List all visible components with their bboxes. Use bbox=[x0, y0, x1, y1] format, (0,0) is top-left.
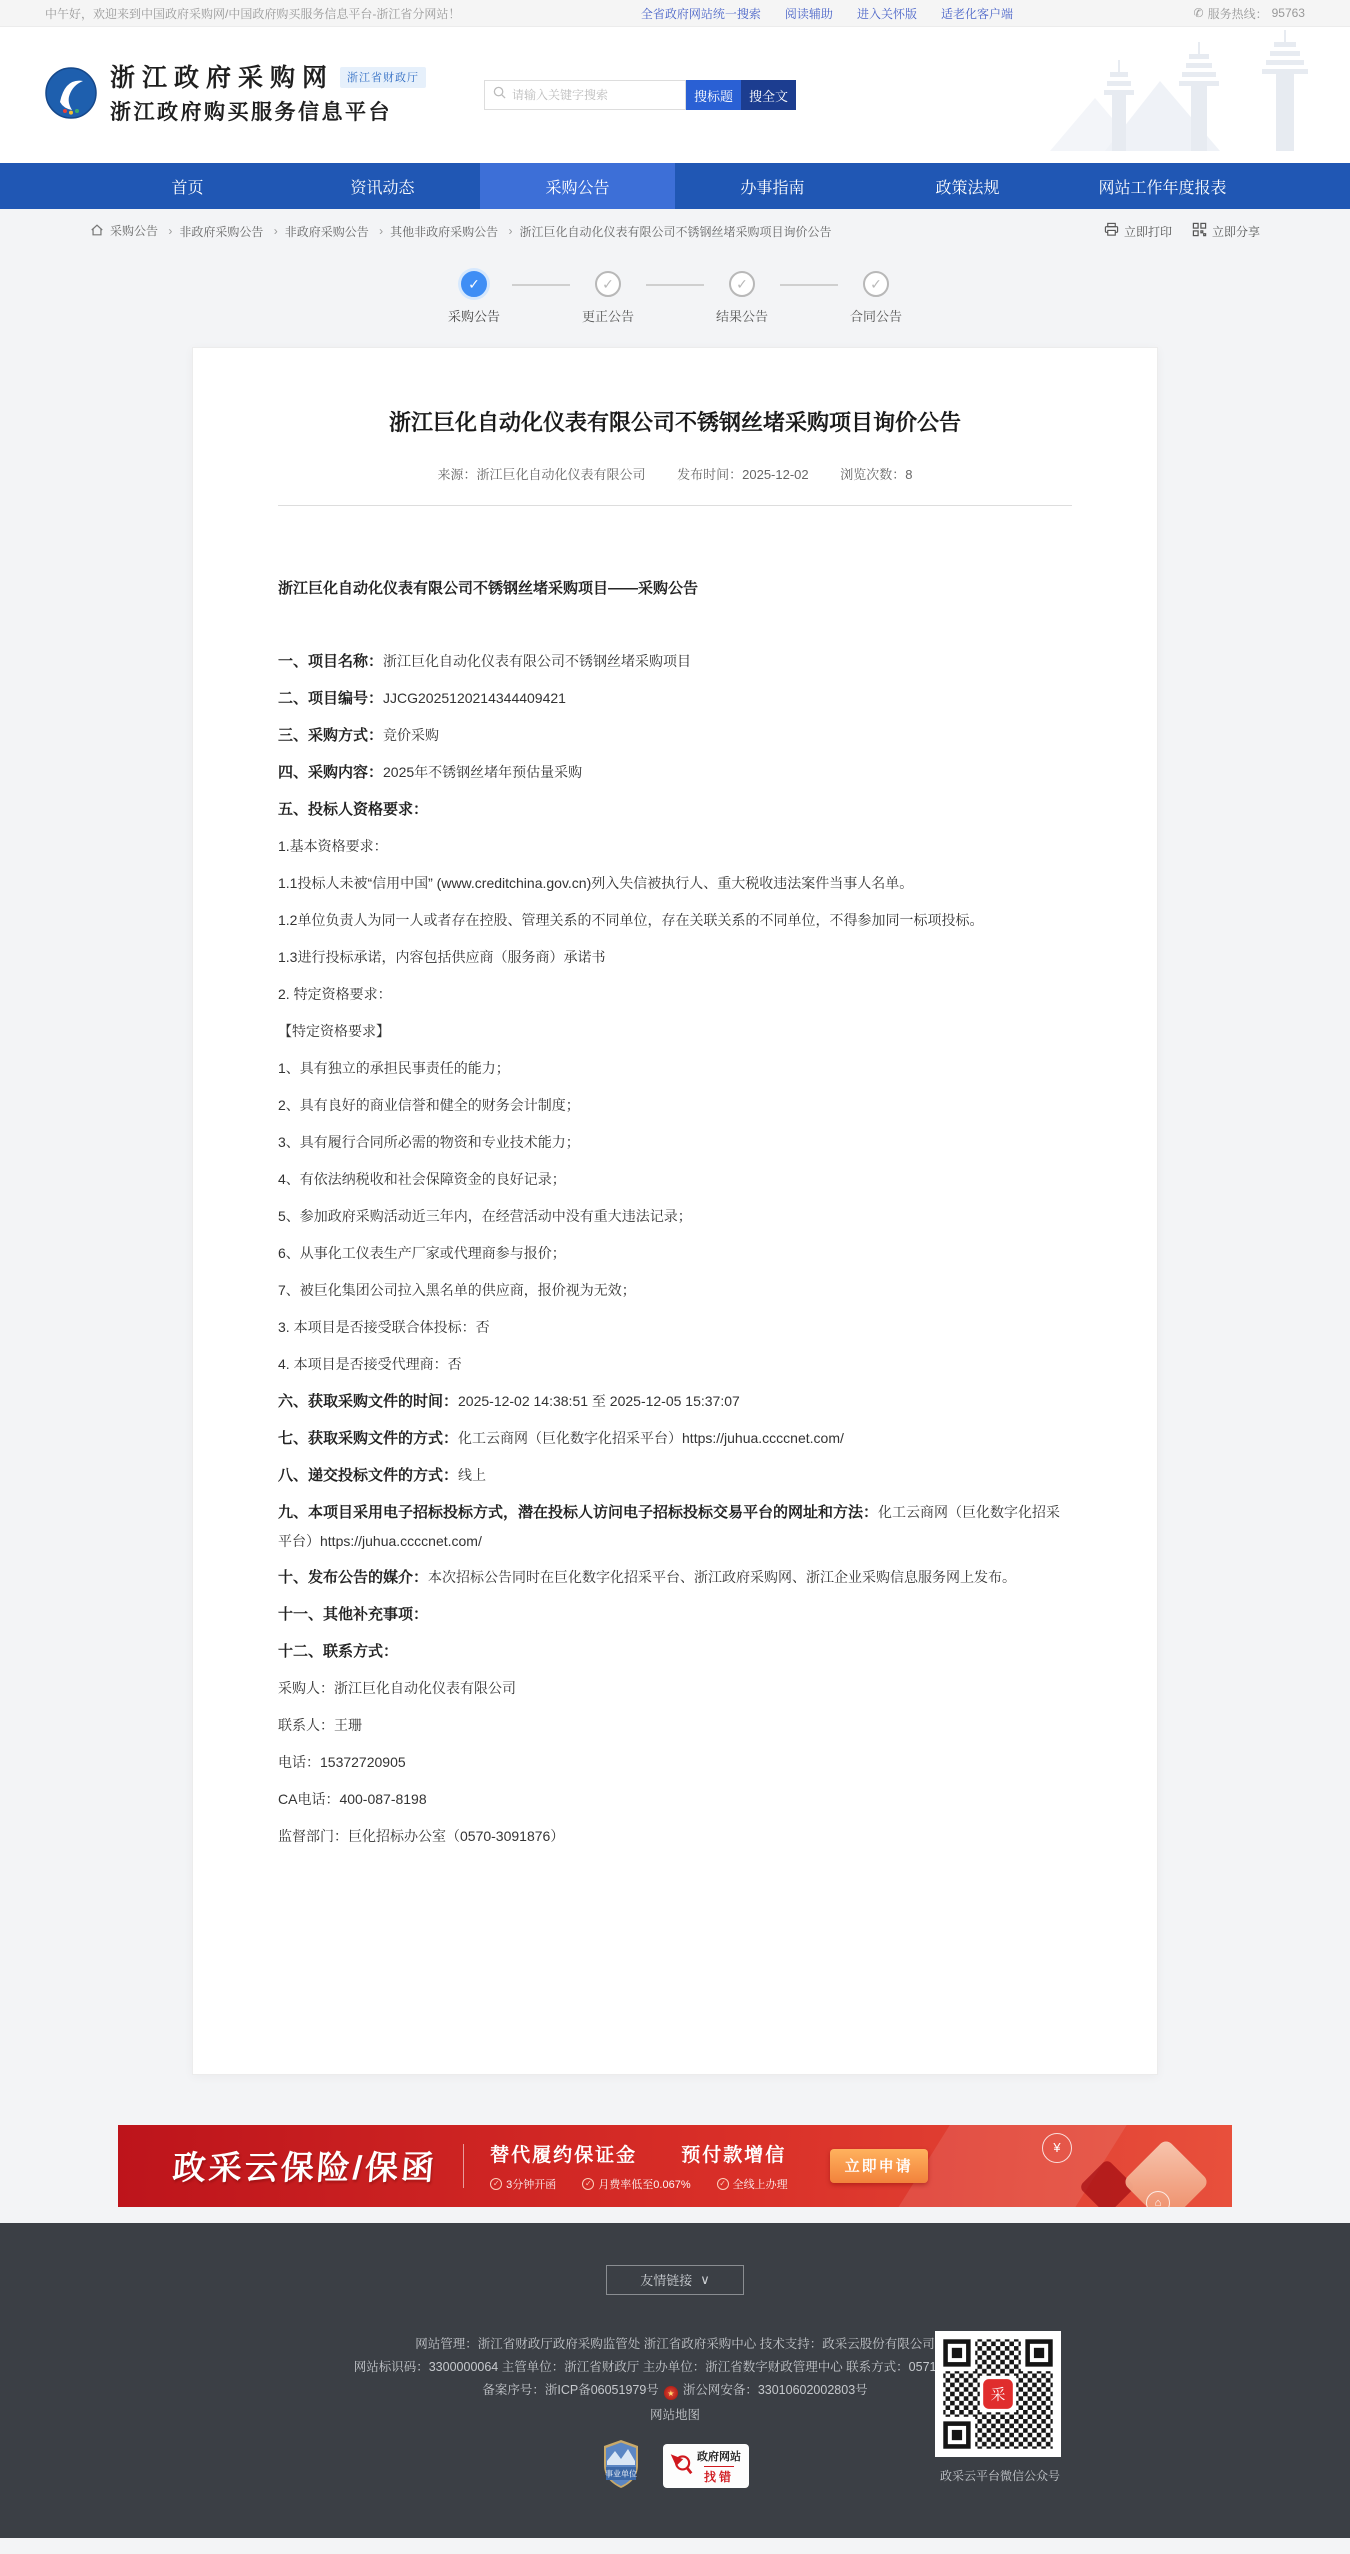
step-connector bbox=[512, 284, 570, 286]
friend-links-dropdown[interactable]: 友情链接 ∨ bbox=[606, 2265, 744, 2295]
doc-paragraph: 七、获取采购文件的方式：化工云商网（巨化数字化招采平台）https://juhu… bbox=[278, 1424, 1072, 1453]
step[interactable]: ✓ 采购公告 bbox=[442, 271, 506, 325]
topbar-link[interactable]: 阅读辅助 bbox=[785, 5, 833, 22]
banner-benefit-1: 替代履约保证金 bbox=[490, 2140, 637, 2167]
doc-paragraph: 联系人：王珊 bbox=[278, 1711, 1072, 1740]
hotline-number: 95763 bbox=[1272, 6, 1305, 20]
print-button[interactable]: 立即打印 bbox=[1104, 222, 1172, 240]
doc-paragraph: 一、项目名称：浙江巨化自动化仪表有限公司不锈钢丝堵采购项目 bbox=[278, 647, 1072, 676]
doc-paragraph: 十、发布公告的媒介：本次招标公告同时在巨化数字化招采平台、浙江政府采购网、浙江企… bbox=[278, 1563, 1072, 1592]
doc-paragraph: 浙江巨化自动化仪表有限公司不锈钢丝堵采购项目——采购公告 bbox=[278, 574, 1072, 603]
doc-paragraph bbox=[278, 611, 1072, 639]
doc-paragraph: 1.3进行投标承诺，内容包括供应商（服务商）承诺书 bbox=[278, 943, 1072, 972]
doc-paragraph: 2、具有良好的商业信誉和健全的财务会计制度； bbox=[278, 1091, 1072, 1120]
brand-text: 浙江政府采购网 浙江省财政厅 浙江政府购买服务信息平台 bbox=[110, 64, 426, 126]
views-value: 8 bbox=[905, 467, 912, 482]
wechat-qr-block: 采 政采云平台微信公众号 bbox=[935, 2331, 1065, 2484]
doc-paragraph: 五、投标人资格要求： bbox=[278, 795, 1072, 824]
share-qr-icon bbox=[1192, 222, 1207, 240]
nav-item[interactable]: 网站工作年度报表 bbox=[1065, 163, 1260, 209]
banner-title: 政采云保险/保函 bbox=[171, 2142, 438, 2189]
nav-item[interactable]: 办事指南 bbox=[675, 163, 870, 209]
hotline-label: 服务热线： bbox=[1208, 5, 1268, 22]
qr-label: 政采云平台微信公众号 bbox=[935, 2467, 1065, 2484]
share-button[interactable]: 立即分享 bbox=[1192, 222, 1260, 240]
main-nav: 首页 资讯动态 采购公告 办事指南 政策法规 网站工作年度报表 bbox=[0, 163, 1350, 209]
banner-feature: ✓3分钟开函 bbox=[490, 2176, 556, 2192]
step[interactable]: ✓ 结果公告 bbox=[640, 271, 774, 325]
doc-paragraph: 6、从事化工仪表生产厂家或代理商参与报价； bbox=[278, 1239, 1072, 1268]
icp-number: 备案序号：浙ICP备06051979号 bbox=[482, 2383, 658, 2397]
breadcrumb-item: ›采购公告 bbox=[110, 222, 158, 239]
sitemap-link[interactable]: 网站地图 bbox=[650, 2408, 700, 2422]
doc-paragraph: 八、递交投标文件的方式：线上 bbox=[278, 1461, 1072, 1490]
step-connector bbox=[646, 284, 704, 286]
search-bar: 搜标题 搜全文 bbox=[484, 80, 796, 110]
circle-check-icon: ✓ bbox=[582, 2178, 594, 2190]
footer: 友情链接 ∨ 网站管理：浙江省财政厅政府采购监管处 浙江省政府采购中心 技术支持… bbox=[0, 2223, 1350, 2538]
topbar: 中午好，欢迎来到中国政府采购网/中国政府购买服务信息平台-浙江省分网站！ 全省政… bbox=[0, 0, 1350, 27]
doc-paragraph: 1.1投标人未被“信用中国” (www.creditchina.gov.cn)列… bbox=[278, 869, 1072, 898]
error-badge-line2: 找错 bbox=[704, 2466, 734, 2485]
phone-icon: ✆ bbox=[1194, 6, 1204, 20]
doc-paragraph: 十一、其他补充事项： bbox=[278, 1600, 1072, 1629]
doc-paragraph: CA电话：400-087-8198 bbox=[278, 1785, 1072, 1814]
error-badge-line1: 政府网站 bbox=[697, 2448, 741, 2464]
nav-item[interactable]: 政策法规 bbox=[870, 163, 1065, 209]
doc-paragraph: 四、采购内容：2025年不锈钢丝堵年预估量采购 bbox=[278, 758, 1072, 787]
institution-badge-text: 事业单位 bbox=[605, 2468, 637, 2478]
site-subtitle: 浙江政府购买服务信息平台 bbox=[110, 96, 426, 126]
announcement-card: 浙江巨化自动化仪表有限公司不锈钢丝堵采购项目询价公告 来源：浙江巨化自动化仪表有… bbox=[192, 347, 1158, 2075]
doc-paragraph: 【特定资格要求】 bbox=[278, 1017, 1072, 1046]
source-value: 浙江巨化自动化仪表有限公司 bbox=[476, 467, 645, 482]
article-body: 浙江巨化自动化仪表有限公司不锈钢丝堵采购项目——采购公告 一、项目名称：浙江巨化… bbox=[278, 574, 1072, 1851]
footer-line-2: 网站标识码：3300000064 主管单位：浙江省财政厅 主办单位：浙江省数字财… bbox=[0, 2356, 1350, 2379]
apply-now-button[interactable]: 立即申请 bbox=[830, 2149, 928, 2183]
doc-paragraph: 十二、联系方式： bbox=[278, 1637, 1072, 1666]
nav-item[interactable]: 首页 bbox=[90, 163, 285, 209]
search-fulltext-button[interactable]: 搜全文 bbox=[741, 80, 796, 110]
source-label: 来源： bbox=[437, 467, 476, 482]
nav-item[interactable]: 资讯动态 bbox=[285, 163, 480, 209]
breadcrumb-item: ›非政府采购公告 bbox=[161, 223, 263, 240]
check-icon: ✓ bbox=[595, 271, 621, 297]
site-logo bbox=[45, 67, 97, 124]
step-connector bbox=[780, 284, 838, 286]
breadcrumb: ›采购公告 ›非政府采购公告 ›非政府采购公告 ›其他非政府采购公告 ›浙江巨化… bbox=[90, 222, 831, 240]
yuan-icon: ¥ bbox=[1042, 2133, 1072, 2163]
footer-line-3: 备案序号：浙ICP备06051979号★浙公网安备：33010602002803… bbox=[0, 2379, 1350, 2402]
nav-item[interactable]: 采购公告 bbox=[480, 163, 675, 209]
greeting-text: 中午好，欢迎来到中国政府采购网/中国政府购买服务信息平台-浙江省分网站！ bbox=[45, 5, 460, 22]
divider bbox=[278, 505, 1072, 506]
chevron-down-icon: ∨ bbox=[700, 2272, 710, 2288]
announcement-steps: ✓ 采购公告 ✓ 更正公告 ✓ 结果公告 ✓ 合同公告 bbox=[0, 271, 1350, 325]
breadcrumb-item: ›非政府采购公告 bbox=[267, 223, 369, 240]
step-label: 更正公告 bbox=[582, 306, 634, 325]
doc-paragraph: 六、获取采购文件的时间：2025-12-02 14:38:51 至 2025-1… bbox=[278, 1387, 1072, 1416]
breadcrumb-item: ›浙江巨化自动化仪表有限公司不锈钢丝堵采购项目询价公告 bbox=[501, 223, 831, 240]
svg-text:采: 采 bbox=[991, 2386, 1006, 2403]
finance-dept-badge: 浙江省财政厅 bbox=[340, 67, 426, 88]
step-label: 合同公告 bbox=[850, 306, 902, 325]
check-icon: ✓ bbox=[863, 271, 889, 297]
doc-paragraph: 监督部门：巨化招标办公室（0570-3091876） bbox=[278, 1822, 1072, 1851]
topbar-link[interactable]: 进入关怀版 bbox=[857, 5, 917, 22]
doc-paragraph: 5、参加政府采购活动近三年内，在经营活动中没有重大违法记录； bbox=[278, 1202, 1072, 1231]
circle-check-icon: ✓ bbox=[490, 2178, 502, 2190]
topbar-link[interactable]: 适老化客户端 bbox=[941, 5, 1013, 22]
footer-line-1: 网站管理：浙江省财政厅政府采购监管处 浙江省政府采购中心 技术支持：政采云股份有… bbox=[0, 2333, 1350, 2356]
national-emblem-icon: ★ bbox=[664, 2386, 678, 2400]
doc-paragraph: 三、采购方式：竞价采购 bbox=[278, 721, 1072, 750]
doc-paragraph: 4、有依法纳税收和社会保障资金的良好记录； bbox=[278, 1165, 1072, 1194]
doc-paragraph: 1.基本资格要求： bbox=[278, 832, 1072, 861]
doc-paragraph: 二、项目编号：JJCG2025120214344409421 bbox=[278, 684, 1072, 713]
search-icon bbox=[493, 86, 506, 104]
views-label: 浏览次数： bbox=[840, 467, 905, 482]
doc-paragraph: 1、具有独立的承担民事责任的能力； bbox=[278, 1054, 1072, 1083]
footer-badges: 事业单位 政府网站 找错 bbox=[0, 2439, 1350, 2494]
institution-shield-badge[interactable]: 事业单位 bbox=[601, 2439, 641, 2494]
home-icon[interactable] bbox=[90, 223, 110, 240]
article-meta: 来源：浙江巨化自动化仪表有限公司 发布时间：2025-12-02 浏览次数：8 bbox=[278, 464, 1072, 483]
doc-paragraph: 九、本项目采用电子招标投标方式，潜在投标人访问电子招标投标交易平台的网址和方法：… bbox=[278, 1498, 1072, 1555]
banner-feature: ✓月费率低至0.067% bbox=[582, 2176, 690, 2192]
topbar-links: 全省政府网站统一搜索 阅读辅助 进入关怀版 适老化客户端 bbox=[617, 5, 1013, 22]
doc-paragraph: 3、具有履行合同所必需的物资和专业技术能力； bbox=[278, 1128, 1072, 1157]
site-header: 浙江政府采购网 浙江省财政厅 浙江政府购买服务信息平台 搜标题 搜全文 bbox=[0, 27, 1350, 163]
doc-paragraph: 电话：15372720905 bbox=[278, 1748, 1072, 1777]
step[interactable]: ✓ 合同公告 bbox=[774, 271, 908, 325]
doc-paragraph: 4. 本项目是否接受代理商：否 bbox=[278, 1350, 1072, 1379]
topbar-link[interactable]: 全省政府网站统一搜索 bbox=[641, 5, 761, 22]
search-input[interactable] bbox=[512, 88, 677, 102]
step-label: 结果公告 bbox=[716, 306, 768, 325]
footer-info: 网站管理：浙江省财政厅政府采购监管处 浙江省政府采购中心 技术支持：政采云股份有… bbox=[0, 2333, 1350, 2402]
doc-paragraph: 1.2单位负责人为同一人或者存在控股、管理关系的不同单位，存在关联关系的不同单位… bbox=[278, 906, 1072, 935]
search-title-button[interactable]: 搜标题 bbox=[686, 80, 741, 110]
site-name: 浙江政府采购网 bbox=[110, 64, 334, 93]
doc-paragraph: 采购人：浙江巨化自动化仪表有限公司 bbox=[278, 1674, 1072, 1703]
insurance-ad-banner: 政采云保险/保函 替代履约保证金 预付款增信 ✓3分钟开函 ✓月费率低至0.06… bbox=[118, 2125, 1232, 2207]
doc-paragraph: 2. 特定资格要求： bbox=[278, 980, 1072, 1009]
doc-paragraph: 7、被巨化集团公司拉入黑名单的供应商，报价视为无效； bbox=[278, 1276, 1072, 1305]
banner-benefit-2: 预付款增信 bbox=[681, 2140, 786, 2167]
security-record-number[interactable]: 浙公网安备：33010602002803号 bbox=[683, 2383, 868, 2397]
gov-site-error-report-badge[interactable]: 政府网站 找错 bbox=[663, 2444, 749, 2488]
qr-code: 采 bbox=[935, 2331, 1061, 2457]
doc-paragraph: 3. 本项目是否接受联合体投标：否 bbox=[278, 1313, 1072, 1342]
banner-feature: ✓全线上办理 bbox=[717, 2176, 788, 2192]
service-hotline: ✆ 服务热线： 95763 bbox=[1194, 5, 1305, 22]
publish-time-value: 2025-12-02 bbox=[742, 467, 809, 482]
red-magnifier-icon bbox=[668, 2451, 694, 2482]
breadcrumb-row: ›采购公告 ›非政府采购公告 ›非政府采购公告 ›其他非政府采购公告 ›浙江巨化… bbox=[90, 209, 1260, 253]
printer-icon bbox=[1104, 222, 1119, 240]
search-box bbox=[484, 80, 686, 110]
check-icon: ✓ bbox=[461, 271, 487, 297]
breadcrumb-item: ›其他非政府采购公告 bbox=[372, 223, 498, 240]
publish-time-label: 发布时间： bbox=[677, 467, 742, 482]
page-actions: 立即打印 立即分享 bbox=[1104, 222, 1260, 240]
banner-benefits: 替代履约保证金 预付款增信 ✓3分钟开函 ✓月费率低至0.067% ✓全线上办理 bbox=[490, 2140, 787, 2192]
check-icon: ✓ bbox=[729, 271, 755, 297]
circle-check-icon: ✓ bbox=[717, 2178, 729, 2190]
brand[interactable]: 浙江政府采购网 浙江省财政厅 浙江政府购买服务信息平台 bbox=[45, 64, 426, 126]
step[interactable]: ✓ 更正公告 bbox=[506, 271, 640, 325]
step-label: 采购公告 bbox=[448, 306, 500, 325]
banner-divider bbox=[463, 2144, 464, 2188]
banner-illustration: ¥ ⌂ bbox=[952, 2125, 1232, 2207]
page-title: 浙江巨化自动化仪表有限公司不锈钢丝堵采购项目询价公告 bbox=[278, 408, 1072, 439]
